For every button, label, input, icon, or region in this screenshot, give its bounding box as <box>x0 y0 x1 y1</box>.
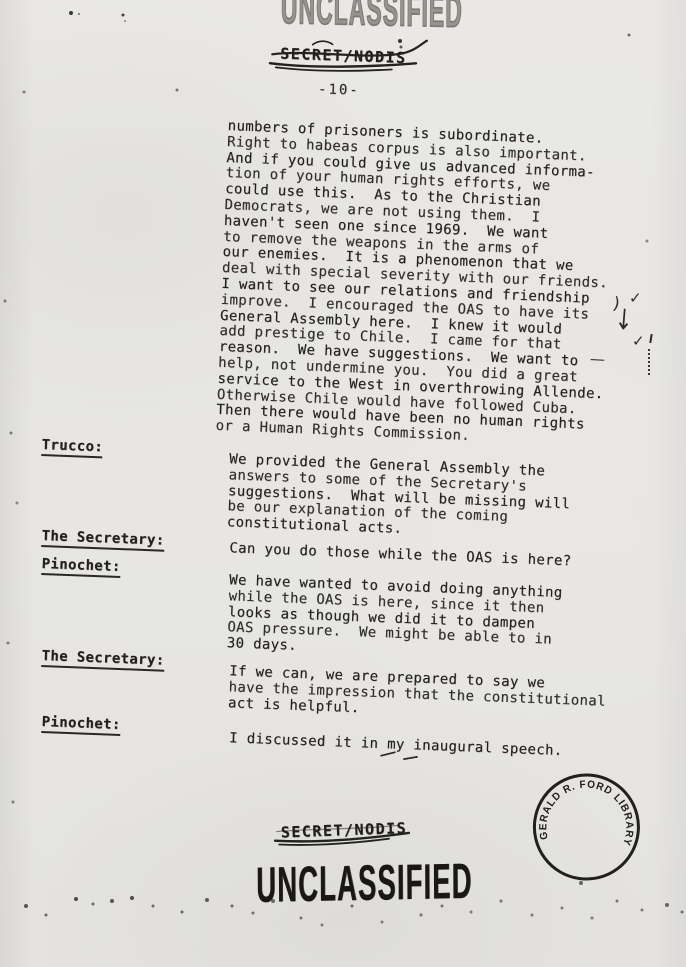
underline-strokes-icon <box>268 811 429 857</box>
margin-dash-mark: — <box>590 350 606 369</box>
speaker-label-secretary: The Secretary: <box>41 528 165 552</box>
speaker-label-pinochet: Pinochet: <box>41 556 121 578</box>
body-paragraph: numbers of prisoners is subordinate. Rig… <box>215 119 677 453</box>
speaker-label-secretary: The Secretary: <box>41 648 165 672</box>
ford-library-stamp-icon: GERALD R. FORD LIBRARY <box>516 760 656 900</box>
speaker-label-trucco: Trucco: <box>41 437 103 458</box>
unclassified-stamp-top: UNCLASSIFIED <box>281 0 463 34</box>
margin-down-arrow: ↓ <box>614 303 634 338</box>
speaker-label-pinochet: Pinochet: <box>41 714 121 736</box>
ford-library-stamp-text: GERALD R. FORD LIBRARY <box>535 772 642 853</box>
handwritten-dash <box>403 756 418 761</box>
dialogue-line: Can you do those while the OAS is here? <box>229 541 572 570</box>
unclassified-stamp-bottom: UNCLASSIFIED <box>256 856 473 910</box>
classification-bottom: SECRET/NODIS <box>280 818 421 857</box>
page-number: -10- <box>318 82 360 99</box>
photocopy-noise <box>0 0 2 2</box>
svg-text:GERALD R. FORD LIBRARY: GERALD R. FORD LIBRARY <box>535 772 642 853</box>
dialogue-line: I discussed it in my inaugural speech. <box>229 731 563 760</box>
margin-checkmark: ✓ <box>632 332 645 350</box>
margin-dotted-line <box>648 349 650 375</box>
classification-top: SECRET/NODIS <box>279 44 420 83</box>
scanned-memo-page: UNCLASSIFIED SECRET/NODIS -10- numbers o… <box>0 0 686 967</box>
declassification-strike-icon <box>267 37 448 87</box>
